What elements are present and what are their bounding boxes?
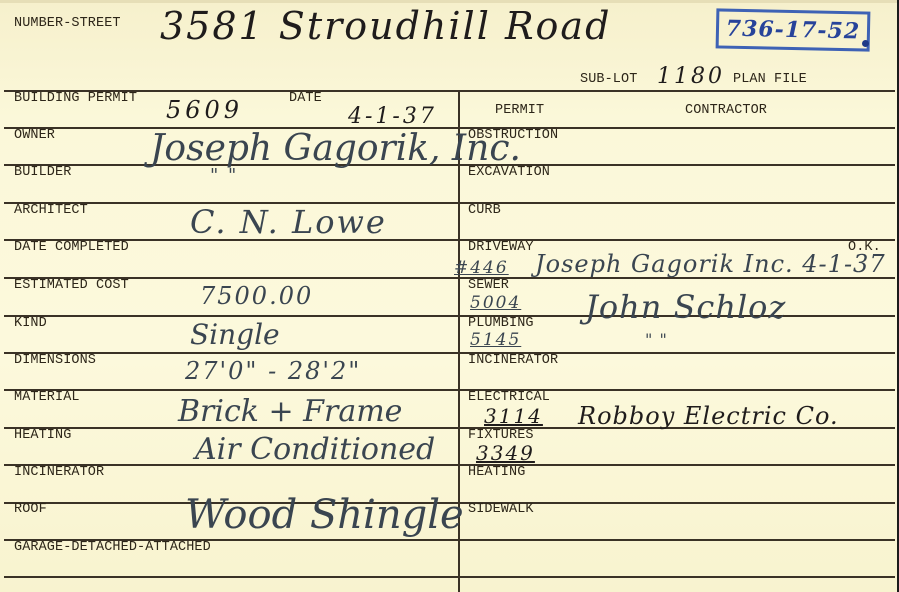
permit-label: EXCAVATION bbox=[468, 165, 550, 180]
driveway-status: O.K. bbox=[848, 240, 881, 255]
field-value: Brick + Frame bbox=[178, 394, 402, 429]
file-number-stamp: 736-17-52 bbox=[716, 8, 871, 51]
row-divider bbox=[4, 90, 895, 92]
field-label: ARCHITECT bbox=[14, 203, 88, 218]
permit-label: SIDEWALK bbox=[468, 502, 534, 517]
field-value: Joseph Gagorik, Inc. bbox=[150, 128, 521, 169]
field-label: ROOF bbox=[14, 502, 47, 517]
field-value: 5609 bbox=[166, 96, 243, 124]
number-street-value: 3581 Stroudhill Road bbox=[160, 4, 611, 48]
row-divider bbox=[4, 239, 895, 241]
field-label: OWNER bbox=[14, 128, 55, 143]
field-label: ESTIMATED COST bbox=[14, 278, 129, 293]
date-label: DATE bbox=[289, 91, 322, 106]
stamp-ink-dot bbox=[862, 40, 869, 47]
permit-label: DRIVEWAY bbox=[468, 240, 534, 255]
permit-label: SEWER bbox=[468, 278, 509, 293]
contractor-column-header: CONTRACTOR bbox=[685, 103, 767, 118]
permit-label: PLUMBING bbox=[468, 316, 534, 331]
permit-number: 5145 bbox=[470, 330, 521, 350]
contractor-name: Robboy Electric Co. bbox=[578, 402, 839, 430]
sub-lot-label: SUB-LOT bbox=[580, 72, 637, 87]
permit-label: OBSTRUCTION bbox=[468, 128, 558, 143]
permit-number: 3114 bbox=[484, 404, 543, 428]
row-divider bbox=[4, 389, 895, 391]
field-label: GARAGE-DETACHED-ATTACHED bbox=[14, 540, 211, 555]
field-value: C. N. Lowe bbox=[190, 203, 387, 241]
permit-label: HEATING bbox=[468, 465, 525, 480]
row-divider bbox=[4, 202, 895, 204]
field-label: KIND bbox=[14, 316, 47, 331]
card-top-edge bbox=[0, 0, 899, 3]
permit-column-header: PERMIT bbox=[495, 103, 544, 118]
field-label: INCINERATOR bbox=[14, 465, 104, 480]
date-value: 4-1-37 bbox=[348, 104, 437, 129]
field-label: BUILDER bbox=[14, 165, 71, 180]
permit-card: NUMBER-STREET 3581 Stroudhill Road 736-1… bbox=[0, 0, 899, 592]
permit-number: 5004 bbox=[470, 293, 521, 313]
permit-label: INCINERATOR bbox=[468, 353, 558, 368]
permit-label: CURB bbox=[468, 203, 501, 218]
row-divider bbox=[4, 352, 895, 354]
field-value: Single bbox=[190, 318, 280, 351]
number-street-label: NUMBER-STREET bbox=[14, 16, 121, 31]
field-label: BUILDING PERMIT bbox=[14, 91, 137, 106]
field-value: Wood Shingle bbox=[185, 492, 464, 538]
field-value: 7500.00 bbox=[200, 282, 313, 310]
field-label: DATE COMPLETED bbox=[14, 240, 129, 255]
field-label: MATERIAL bbox=[14, 390, 80, 405]
contractor-name: John Schloz bbox=[585, 288, 786, 326]
field-value: " " bbox=[210, 165, 238, 186]
row-divider bbox=[4, 576, 895, 578]
field-label: HEATING bbox=[14, 428, 71, 443]
field-label: DIMENSIONS bbox=[14, 353, 96, 368]
permit-number: 3349 bbox=[476, 441, 535, 465]
row-divider bbox=[4, 464, 895, 466]
field-value: 27'0" - 28'2" bbox=[185, 357, 361, 385]
permit-label: ELECTRICAL bbox=[468, 390, 550, 405]
sub-lot-value: 1180 bbox=[657, 64, 725, 89]
permit-number: #446 bbox=[454, 258, 509, 278]
field-value: Air Conditioned bbox=[195, 432, 435, 467]
contractor-name: " " bbox=[645, 330, 668, 349]
plan-file-label: PLAN FILE bbox=[733, 72, 807, 87]
contractor-name: Joseph Gagorik Inc. 4-1-37 bbox=[535, 250, 886, 278]
